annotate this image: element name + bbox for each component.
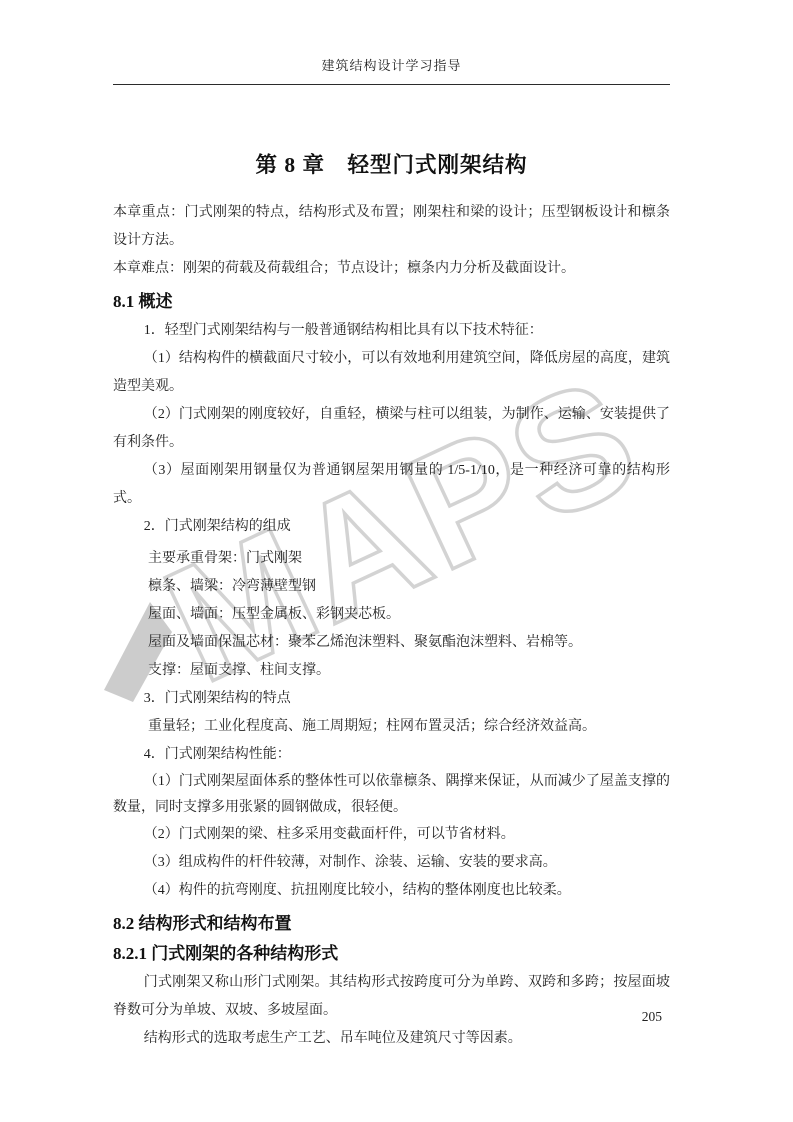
composition-line-purlin: 檩条、墙梁：冷弯薄壁型钢 (113, 573, 670, 601)
item-2-composition: 2．门式刚架结构的组成 (113, 513, 670, 541)
composition-line-bracing: 支撑：屋面支撑、柱间支撑。 (113, 657, 670, 685)
performance-paragraph-2: （2）门式刚架的梁、柱多采用变截面杆件，可以节省材料。 (113, 821, 670, 849)
item-4-performance: 4．门式刚架结构性能： (113, 741, 670, 769)
characteristics-line: 重量轻；工业化程度高、施工周期短；柱网布置灵活；综合经济效益高。 (113, 713, 670, 741)
running-header-title: 建筑结构设计学习指导 (321, 58, 461, 73)
document-page: MAPS 建筑结构设计学习指导 第 8 章 轻型门式刚架结构 本章重点：门式刚架… (0, 0, 793, 1122)
chapter-difficult-points: 本章难点：刚架的荷载及荷载组合；节点设计；檩条内力分析及截面设计。 (113, 255, 670, 283)
chapter-key-points: 本章重点：门式刚架的特点，结构形式及布置；刚架柱和梁的设计；压型钢板设计和檩条设… (113, 199, 670, 255)
running-header: 建筑结构设计学习指导 (113, 57, 670, 85)
item-3-characteristics: 3．门式刚架结构的特点 (113, 685, 670, 713)
section-8-2-heading: 8.2 结构形式和结构布置 (113, 911, 670, 937)
feature-paragraph-2: （2）门式刚架的刚度较好，自重轻，横梁与柱可以组装，为制作、运输、安装提供了有利… (113, 401, 670, 457)
form-selection-paragraph: 结构形式的选取考虑生产工艺、吊车吨位及建筑尺寸等因素。 (113, 1025, 670, 1053)
performance-paragraph-4: （4）构件的抗弯刚度、抗扭刚度比较小，结构的整体刚度也比较柔。 (113, 877, 670, 905)
chapter-title: 第 8 章 轻型门式刚架结构 (113, 149, 670, 181)
performance-paragraph-3: （3）组成构件的杆件较薄，对制作、涂装、运输、安装的要求高。 (113, 849, 670, 877)
page-content: 建筑结构设计学习指导 第 8 章 轻型门式刚架结构 本章重点：门式刚架的特点，结… (113, 0, 670, 1053)
item-1-intro: 1．轻型门式刚架结构与一般普通钢结构相比具有以下技术特征： (113, 317, 670, 345)
composition-line-frame: 主要承重骨架：门式刚架 (113, 545, 670, 573)
section-8-1-heading: 8.1 概述 (113, 289, 670, 315)
performance-paragraph-1: （1）门式刚架屋面体系的整体性可以依靠檩条、隅撑来保证，从而减少了屋盖支撑的数量… (113, 769, 670, 821)
page-number: 205 (113, 1008, 662, 1026)
section-8-2-1-heading: 8.2.1 门式刚架的各种结构形式 (113, 941, 670, 967)
feature-paragraph-3: （3）屋面刚架用钢量仅为普通钢屋架用钢量的 1/5-1/10，是一种经济可靠的结… (113, 457, 670, 513)
feature-paragraph-1: （1）结构构件的横截面尺寸较小，可以有效地利用建筑空间，降低房屋的高度，建筑造型… (113, 345, 670, 401)
composition-line-roof: 屋面、墙面：压型金属板、彩钢夹芯板。 (113, 601, 670, 629)
composition-line-insulation: 屋面及墙面保温芯材：聚苯乙烯泡沫塑料、聚氨酯泡沫塑料、岩棉等。 (113, 629, 670, 657)
